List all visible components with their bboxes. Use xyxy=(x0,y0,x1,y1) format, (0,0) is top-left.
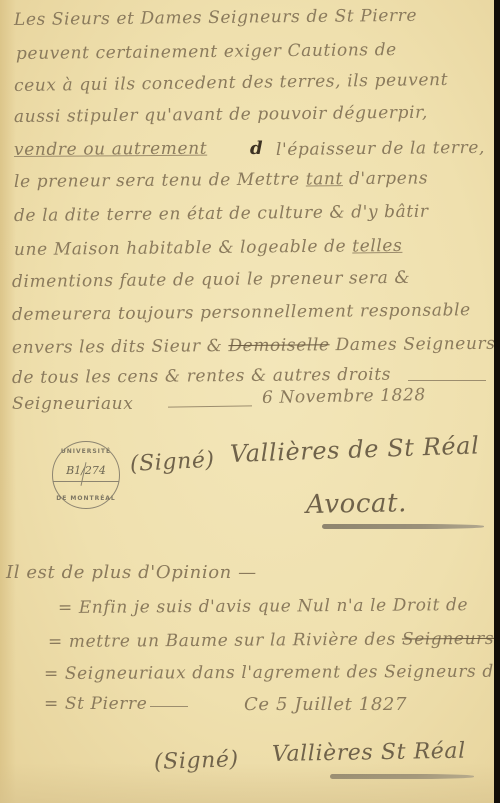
date-line: Ce 5 Juillet 1827 xyxy=(244,694,407,715)
text-line: une Maison habitable & logeable de telle… xyxy=(14,236,403,260)
dash-rule xyxy=(168,405,252,407)
text-line: vendre ou autrement xyxy=(14,139,207,160)
text-line: Les Sieurs et Dames Seigneurs de St Pier… xyxy=(14,6,417,30)
section-heading: Il est de plus d'Opinion — xyxy=(6,562,257,583)
signature-flourish xyxy=(330,774,474,779)
ink-blot-mark: d xyxy=(250,138,263,159)
underlined-word: telles xyxy=(352,236,402,257)
dash-rule xyxy=(150,706,188,707)
text-segment: une Maison habitable & logeable de xyxy=(14,237,346,260)
struck-word: Demoiselle xyxy=(228,335,329,356)
text-line: ceux à qui ils concedent des terres, ils… xyxy=(14,70,448,96)
text-line: peuvent certainement exiger Cautions de xyxy=(16,40,397,64)
text-line: = St Pierre xyxy=(44,694,147,714)
text-line: = Seigneuriaux dans l'agrement des Seign… xyxy=(44,662,494,684)
library-stamp: UNIVERSITÉ B1/274 DE MONTRÉAL xyxy=(52,441,120,509)
text-line: demeurera toujours personnellement respo… xyxy=(12,300,471,325)
text-line: dimentions faute de quoi le preneur sera… xyxy=(12,268,410,292)
text-line: envers les dits Sieur & Demoiselle Dames… xyxy=(12,334,494,358)
text-line: l'épaisseur de la terre, xyxy=(276,138,485,160)
stamp-call-number: B1/274 xyxy=(53,464,119,477)
signatory-name: Vallières de St Réal xyxy=(230,431,480,468)
text-line: le preneur sera tenu de Mettre tant d'ar… xyxy=(14,168,428,192)
text-line: aussi stipuler qu'avant de pouvoir dégue… xyxy=(14,103,428,127)
stamp-top-text: UNIVERSITÉ xyxy=(53,448,119,455)
text-segment: vendre ou autrement xyxy=(14,139,207,160)
underlined-word: tant xyxy=(306,169,343,189)
line-filler-rule xyxy=(408,380,486,381)
struck-word: Seigneurs xyxy=(402,629,494,650)
text-line: de la dite terre en état de culture & d'… xyxy=(14,202,429,226)
signature-flourish xyxy=(322,524,484,529)
date-line: 6 Novembre 1828 xyxy=(262,385,426,408)
signed-label: (Signé) xyxy=(129,448,215,477)
text-line: = Enfin je suis d'avis que Nul n'a le Dr… xyxy=(58,595,468,618)
text-segment: = mettre un Baume sur la Rivière des xyxy=(48,630,396,652)
scan-edge xyxy=(494,0,500,803)
text-line: Seigneuriaux xyxy=(12,394,133,414)
text-segment: d'arpens xyxy=(349,168,428,189)
manuscript-page: Les Sieurs et Dames Seigneurs de St Pier… xyxy=(0,0,494,803)
text-line: = mettre un Baume sur la Rivière des Sei… xyxy=(48,629,494,652)
signed-label: (Signé) xyxy=(154,747,240,775)
text-segment: envers les dits Sieur & xyxy=(12,336,223,358)
text-segment: Dames Seigneurs xyxy=(336,334,494,355)
text-line: de tous les cens & rentes & autres droit… xyxy=(12,365,391,388)
signatory-name: Vallières St Réal xyxy=(272,739,466,767)
stamp-divider xyxy=(53,481,119,482)
stamp-bottom-text: DE MONTRÉAL xyxy=(53,495,119,502)
text-segment: le preneur sera tenu de Mettre xyxy=(14,170,300,192)
signatory-title: Avocat. xyxy=(306,488,408,520)
